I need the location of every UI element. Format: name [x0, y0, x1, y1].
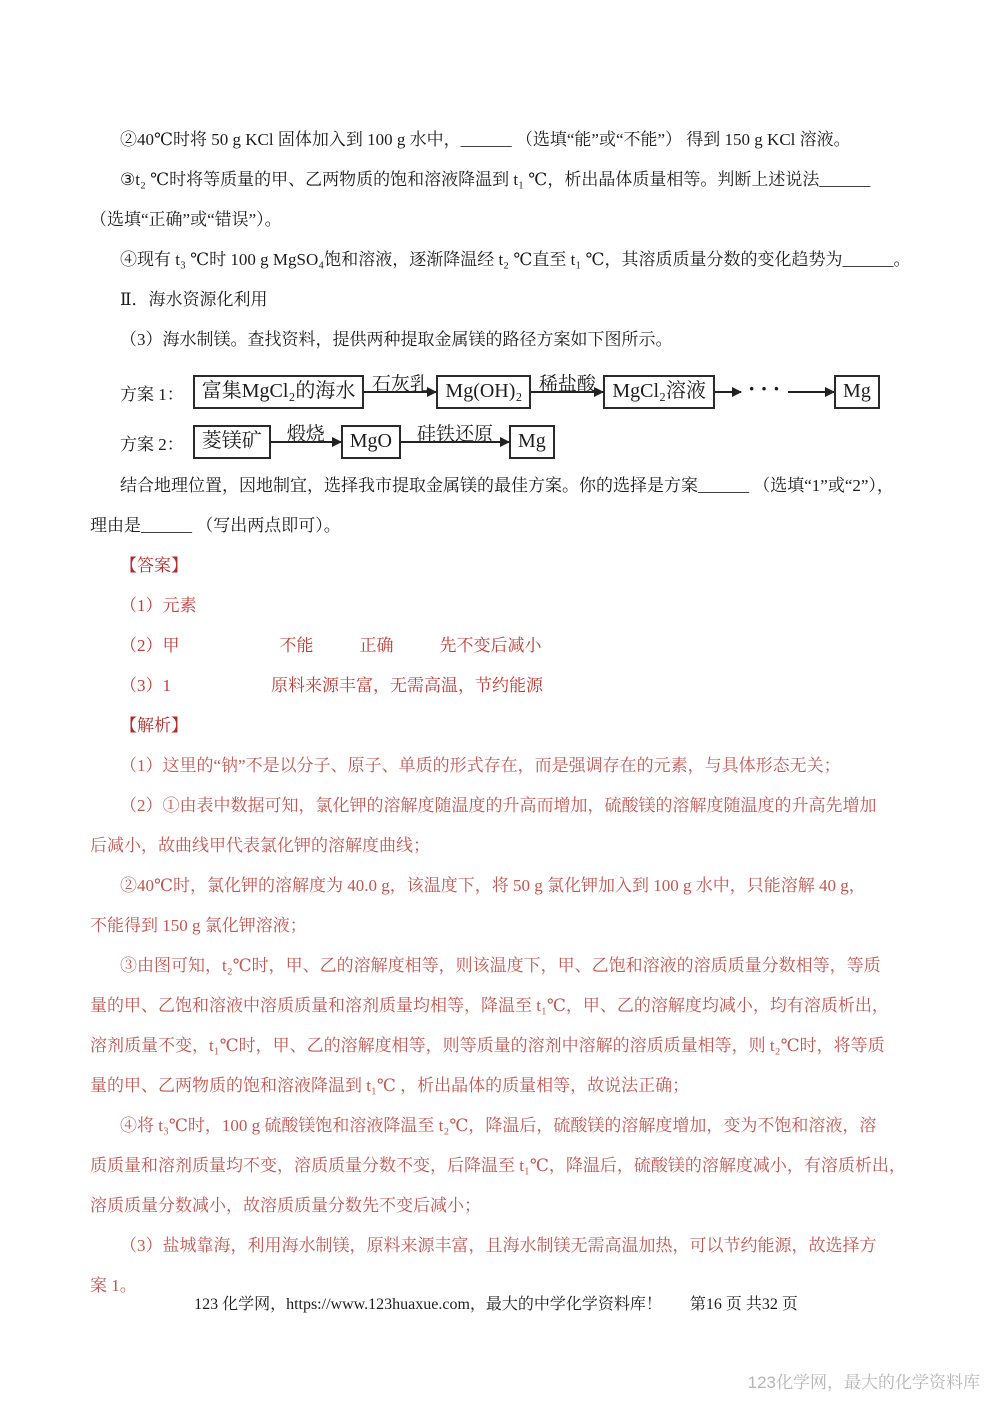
scheme1-label: 方案 1：: [90, 380, 184, 405]
ellipsis-dots-icon: ···: [741, 376, 788, 409]
answer-row-3-num: （3）: [120, 676, 163, 695]
question-line-reason: 理由是______ （写出两点即可）。: [90, 506, 912, 546]
analysis-line: ②40℃时，氯化钾的溶解度为 40.0 g，该温度下，将 50 g 氯化钾加入到…: [90, 866, 912, 906]
flowchart-scheme2: 方案 2： 菱镁矿 煅烧 MgO 硅铁还原 Mg: [90, 424, 912, 460]
analysis-header: 【解析】: [90, 706, 912, 746]
arrow-right-icon: [364, 391, 436, 393]
watermark-text: 123化学网，最大的化学资料库: [748, 1368, 980, 1393]
answer-row-2-part: 先不变后减小: [440, 636, 542, 655]
question-line-cooling-claim: ③t₂ ℃时将等质量的甲、乙两物质的饱和溶液降温到 t₁ ℃，析出晶体质量相等。…: [90, 160, 912, 200]
analysis-line: 量的甲、乙饱和溶液中溶质质量和溶剂质量均相等，降温至 t₁℃，甲、乙的溶解度均减…: [90, 986, 912, 1026]
arrow-right-icon: [271, 441, 341, 443]
footer-page-number: 第16 页 共32 页: [690, 1296, 798, 1313]
question-line-magnesium-intro: （3）海水制镁。查找资料，提供两种提取金属镁的路径方案如下图所示。: [90, 320, 912, 360]
scheme2-label: 方案 2：: [90, 430, 184, 455]
answer-row-3: （3）1原料来源丰富，无需高温，节约能源: [90, 666, 912, 706]
analysis-line: 量的甲、乙两物质的饱和溶液降温到 t₁℃ ，析出晶体的质量相等，故说法正确；: [90, 1066, 912, 1106]
scheme1-arrow-limewash: 石灰乳: [364, 374, 436, 410]
analysis-line: ③由图可知，t₂℃时，甲、乙的溶解度相等，则该温度下，甲、乙饱和溶液的溶质质量分…: [90, 946, 912, 986]
answer-row-2-part: 不能: [280, 626, 314, 666]
document-body: ②40℃时将 50 g KCl 固体加入到 100 g 水中，______ （选…: [90, 120, 912, 1306]
answer-row-3-part: 1: [163, 666, 172, 706]
scheme1-arrow-hcl: 稀盐酸: [531, 374, 603, 410]
answer-row-2-part: 甲: [163, 626, 180, 666]
analysis-line: ④将 t₃℃时，100 g 硫酸镁饱和溶液降温至 t₂℃，降温后，硫酸镁的溶解度…: [90, 1106, 912, 1146]
question-line-kcl-dissolve: ②40℃时将 50 g KCl 固体加入到 100 g 水中，______ （选…: [90, 120, 912, 160]
answer-header: 【答案】: [90, 546, 912, 586]
page-footer: 123 化学网，https://www.123huaxue.com，最大的中学化…: [0, 1292, 992, 1318]
analysis-line: （2）①由表中数据可知，氯化钾的溶解度随温度的升高而增加，硫酸镁的溶解度随温度的…: [90, 786, 912, 826]
answer-row-2-part: 正确: [360, 626, 394, 666]
analysis-line: 溶质质量分数减小，故溶质质量分数先不变后减小；: [90, 1186, 912, 1226]
scheme2-arrow-calcine: 煅烧: [271, 424, 341, 460]
flowchart-magnesium-extraction: 方案 1： 富集MgCl₂的海水 石灰乳 Mg(OH)₂ 稀盐酸 MgCl₂溶液…: [90, 360, 912, 466]
arrow-right-icon: [715, 391, 741, 393]
analysis-line: 溶剂质量不变，t₁℃时，甲、乙的溶解度相等，则等质量的溶剂中溶解的溶质质量相等，…: [90, 1026, 912, 1066]
analysis-line: 质质量和溶剂质量均不变，溶质质量分数不变，后降温至 t₁℃，降温后，硫酸镁的溶解…: [90, 1146, 912, 1186]
analysis-line: 后减小，故曲线甲代表氯化钾的溶解度曲线；: [90, 826, 912, 866]
scheme2-arrow-ferrosilicon: 硅铁还原: [401, 424, 509, 460]
analysis-line: （3）盐城靠海，利用海水制镁，原料来源丰富，且海水制镁无需高温加热，可以节约能源…: [90, 1226, 912, 1266]
question-line-choose-scheme: 结合地理位置，因地制宜，选择我市提取金属镁的最佳方案。你的选择是方案______…: [90, 466, 912, 506]
answer-row-2-num: （2）: [120, 636, 163, 655]
footer-site-text: 123 化学网，https://www.123huaxue.com，最大的中学化…: [194, 1296, 662, 1313]
flowchart-scheme1: 方案 1： 富集MgCl₂的海水 石灰乳 Mg(OH)₂ 稀盐酸 MgCl₂溶液…: [90, 374, 912, 410]
scheme1-arrow-ellipsis-left: [715, 374, 741, 410]
scheme1-node-seawater: 富集MgCl₂的海水: [193, 375, 365, 409]
scheme2-node-magnesite: 菱镁矿: [193, 425, 271, 459]
answer-row-3-part: 原料来源丰富，无需高温，节约能源: [271, 676, 543, 695]
answer-row-1-num: （1）: [120, 596, 163, 615]
scheme1-node-mg: Mg: [834, 375, 880, 409]
analysis-line: 不能得到 150 g 氯化钾溶液；: [90, 906, 912, 946]
scheme1-node-mgoh2: Mg(OH)₂: [436, 375, 531, 409]
scheme2-node-mg: Mg: [509, 425, 555, 459]
answer-row-1: （1）元素: [90, 586, 912, 626]
question-line-mgso4-trend: ④现有 t₃ ℃时 100 g MgSO₄饱和溶液，逐渐降温经 t₂ ℃直至 t…: [90, 240, 912, 280]
analysis-line: （1）这里的“钠”不是以分子、原子、单质的形式存在，而是强调存在的元素，与具体形…: [90, 746, 912, 786]
scheme1-node-mgcl2-solution: MgCl₂溶液: [603, 375, 715, 409]
answer-row-1-part: 元素: [163, 596, 197, 615]
arrow-right-icon: [401, 441, 509, 443]
arrow-right-icon: [788, 391, 834, 393]
scheme2-node-mgo: MgO: [341, 425, 401, 459]
arrow-right-icon: [531, 391, 603, 393]
document-page: ②40℃时将 50 g KCl 固体加入到 100 g 水中，______ （选…: [0, 0, 992, 1403]
question-line-choose-correct-wrong: （选填“正确”或“错误”）。: [90, 200, 912, 240]
answer-row-2: （2）甲不能正确先不变后减小: [90, 626, 912, 666]
scheme1-arrow-ellipsis-right: [788, 374, 834, 410]
section-title-seawater: Ⅱ．海水资源化利用: [90, 280, 912, 320]
